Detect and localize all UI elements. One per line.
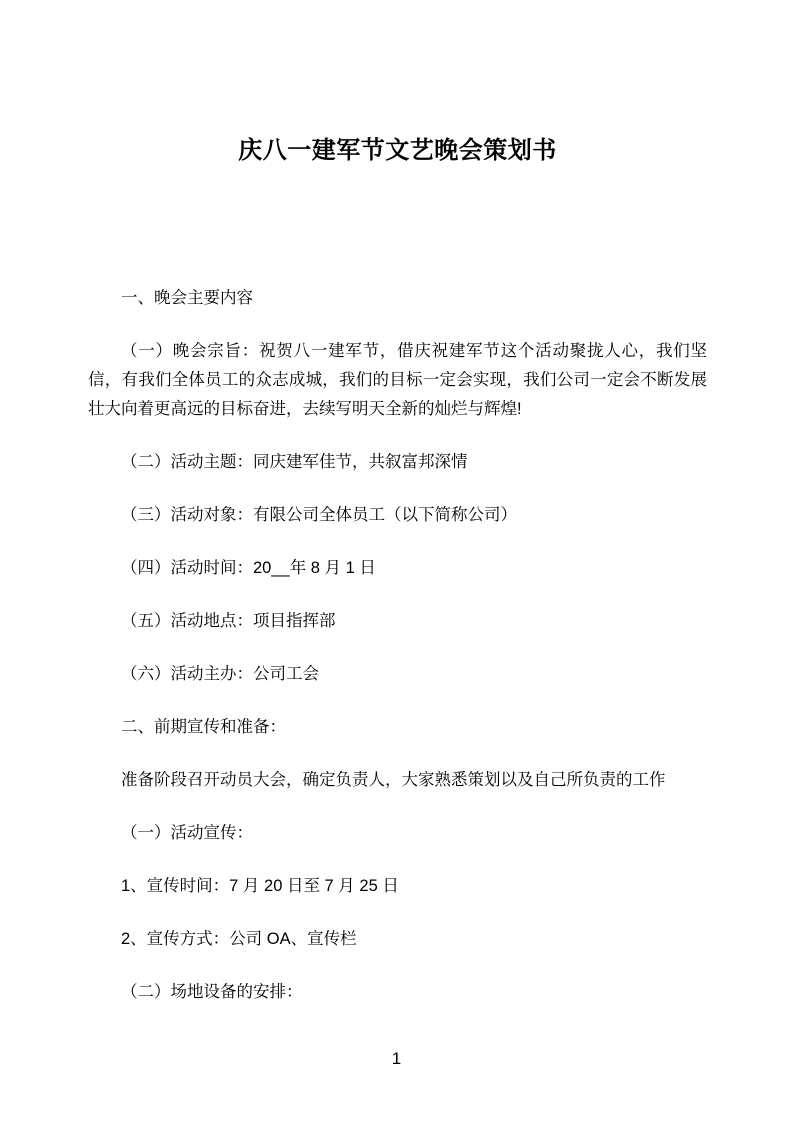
paragraph-publicity-heading: （一）活动宣传：: [88, 819, 707, 848]
paragraph-activity-time: （四）活动时间：20__年 8 月 1 日: [88, 554, 707, 583]
document-page: 庆八一建军节文艺晚会策划书 一、晚会主要内容 （一）晚会宗旨：祝贺八一建军节，借…: [0, 0, 793, 1122]
paragraph-activity-location: （五）活动地点：项目指挥部: [88, 607, 707, 636]
paragraph-publicity-method: 2、宣传方式：公司 OA、宣传栏: [88, 925, 707, 954]
paragraph-section-1-heading: 一、晚会主要内容: [88, 284, 707, 313]
paragraph-activity-host: （六）活动主办：公司工会: [88, 660, 707, 689]
paragraph-venue-equipment-heading: （二）场地设备的安排：: [88, 978, 707, 1007]
paragraph-publicity-time: 1、宣传时间：7 月 20 日至 7 月 25 日: [88, 872, 707, 901]
document-title: 庆八一建军节文艺晚会策划书: [88, 134, 707, 167]
paragraph-activity-target: （三）活动对象：有限公司全体员工（以下简称公司）: [88, 501, 707, 530]
paragraph-section-2-heading: 二、前期宣传和准备：: [88, 713, 707, 742]
paragraph-preparation-note: 准备阶段召开动员大会，确定负责人，大家熟悉策划以及自己所负责的工作: [88, 766, 707, 795]
document-body: 庆八一建军节文艺晚会策划书 一、晚会主要内容 （一）晚会宗旨：祝贺八一建军节，借…: [88, 0, 707, 1031]
page-number: 1: [0, 1048, 793, 1070]
paragraph-activity-theme: （二）活动主题：同庆建军佳节，共叙富邦深情: [88, 448, 707, 477]
paragraph-evening-purpose: （一）晚会宗旨：祝贺八一建军节，借庆祝建军节这个活动聚拢人心，我们坚信，有我们全…: [88, 337, 707, 424]
